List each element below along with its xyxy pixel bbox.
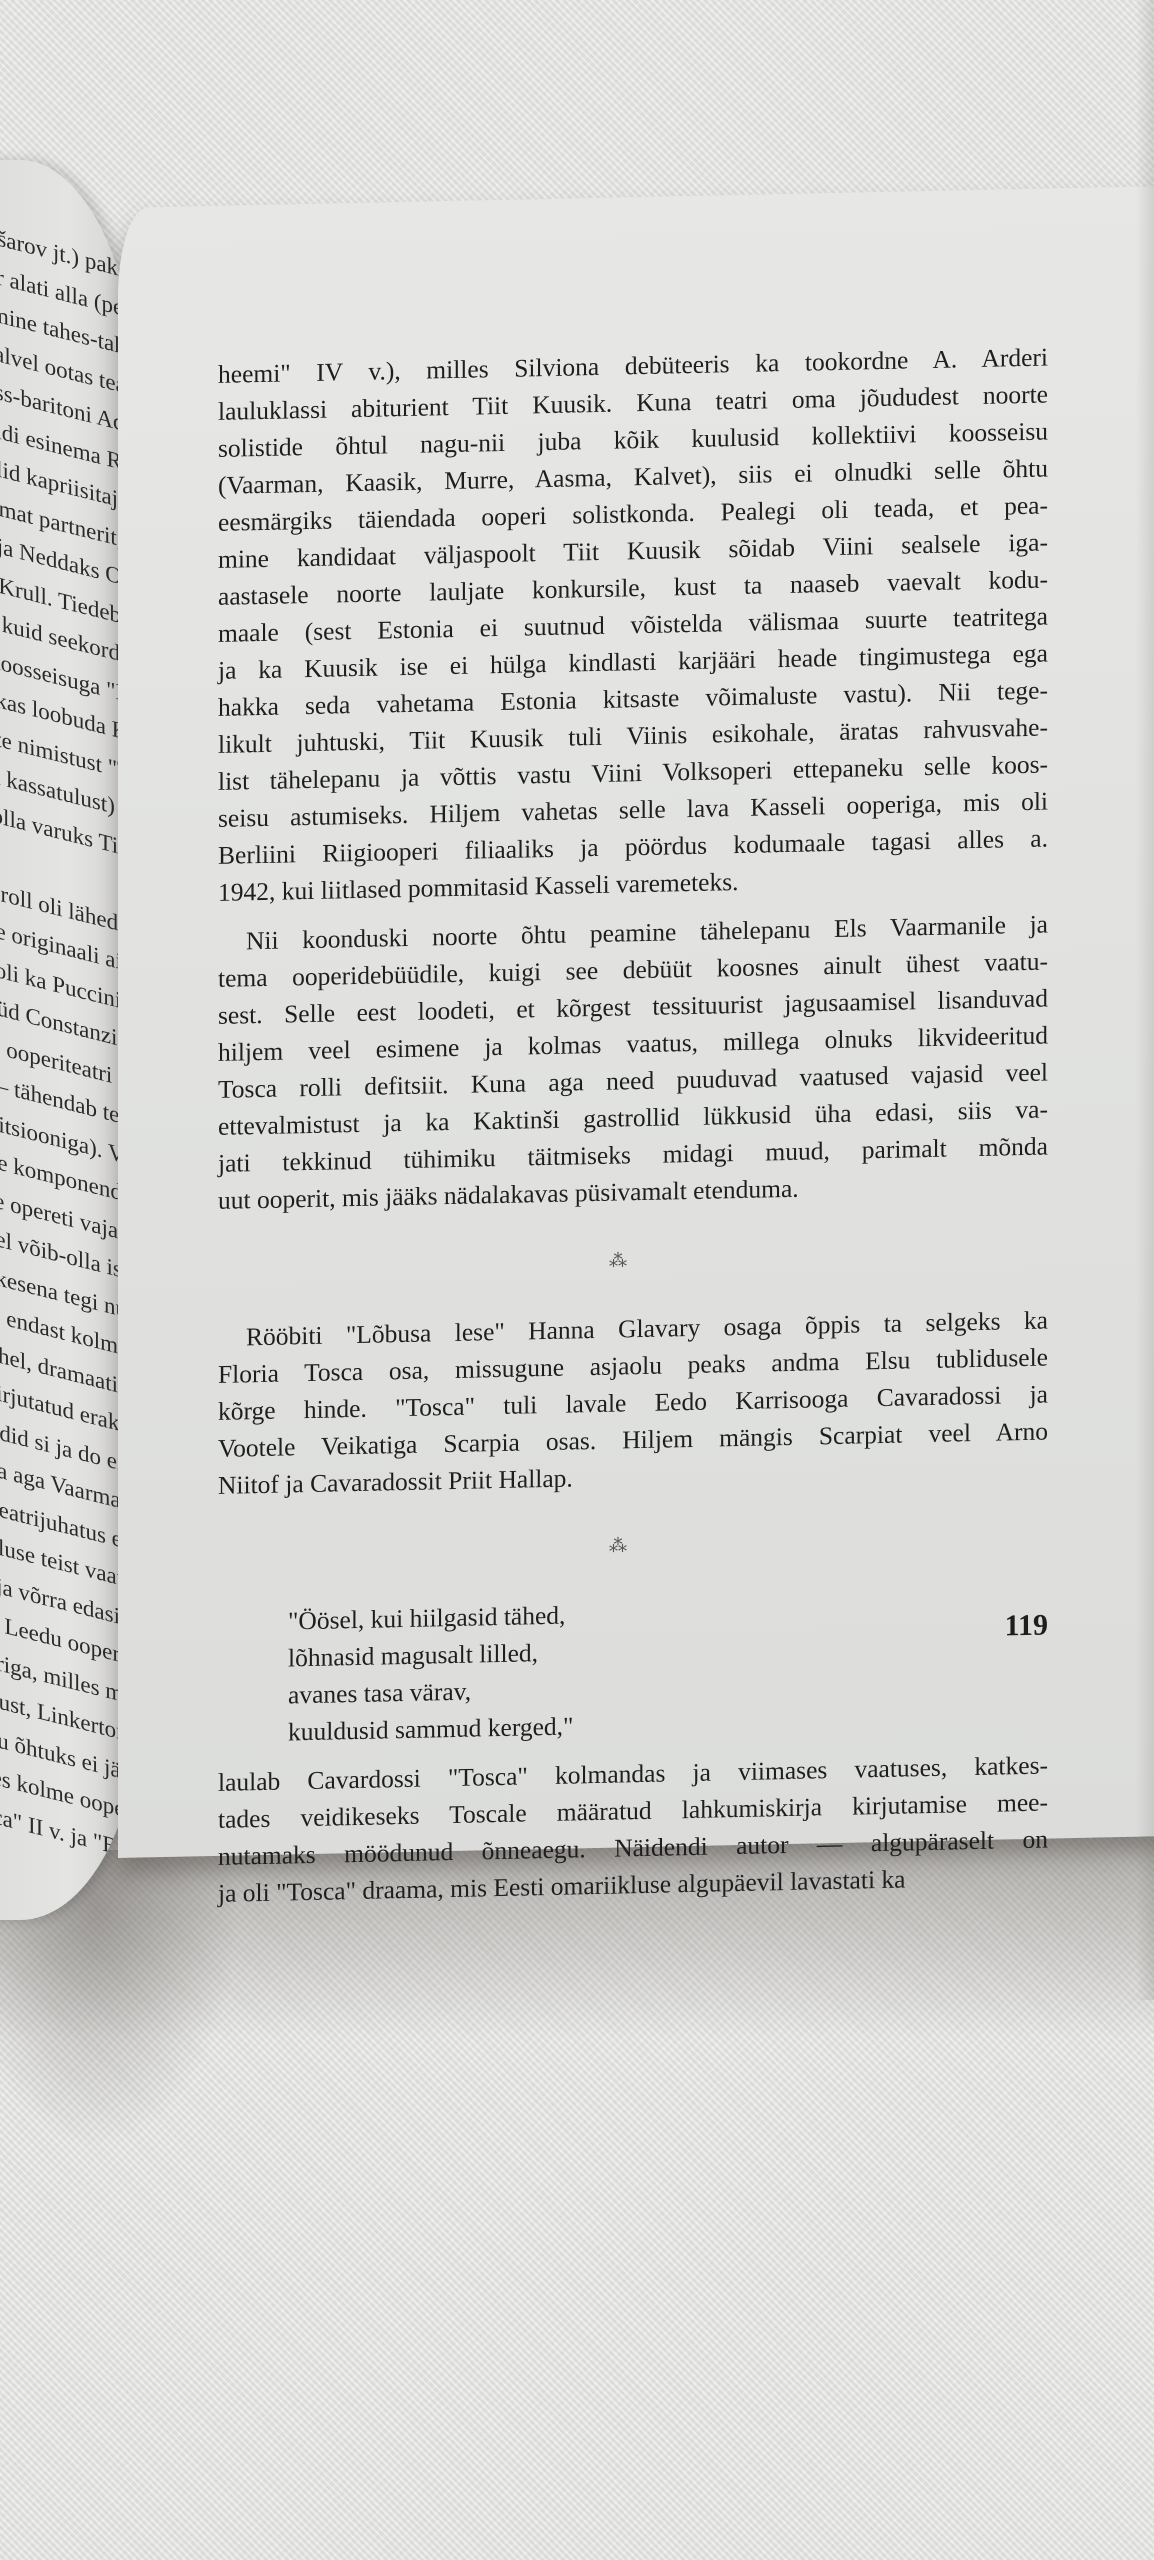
paragraph-3: Rööbiti "Lõbusa lese" Hanna Glavary osag… [218,1302,1048,1504]
paragraph-4: laulab Cavardossi "Tosca" kolmandas ja v… [218,1747,1048,1912]
paragraph-1: heemi" IV v.), milles Silviona debüteeri… [218,339,1048,911]
paragraph-2: Nii koonduski noorte õhtu peamine tähele… [218,906,1048,1219]
right-page: heemi" IV v.), milles Silviona debüteeri… [118,185,1154,1858]
section-separator-2: ⁂ [218,1487,1048,1604]
verse-quote: "Öösel, kui hiilgasid tähed,lõhnasid mag… [218,1587,1048,1752]
section-separator-1: ⁂ [218,1202,1048,1319]
page-number: 119 [1005,1609,1048,1644]
right-edge-shade [1136,0,1154,2000]
page-body: heemi" IV v.), milles Silviona debüteeri… [218,339,1048,1912]
